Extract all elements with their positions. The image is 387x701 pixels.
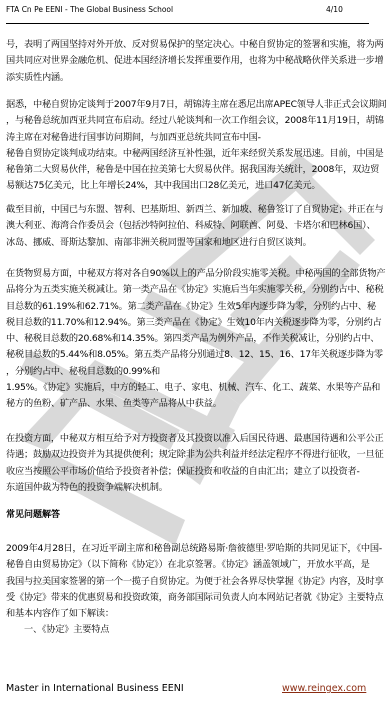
section-heading-faq: 常见问题解答 xyxy=(6,507,60,520)
text-line: 秘税目总数的5.44%和8.05%。第五类产品将分别通过8、12、15、16、1… xyxy=(6,347,381,363)
text-line: 澳大利亚、海湾合作委员会（包括沙特阿拉伯、科威特、阿联酋、阿曼、卡塔尔和巴林6国… xyxy=(6,218,381,234)
footer-website-link[interactable]: www.reingex.com xyxy=(282,683,366,694)
page-indicator: 4/10 xyxy=(326,5,343,14)
text-line: ，与秘鲁总统加西亚共同宣布启动。经过八轮谈判和一次工作组会议，2008年11月1… xyxy=(6,113,381,129)
text-line: 一、《协定》主要特点 xyxy=(6,622,381,638)
text-line: 秘鲁自贸协定谈判成功结束。中秘两国经济互补性强，近年来经贸关系发展迅速。目前，中… xyxy=(6,146,381,162)
text-line: 东道国仲裁为特色的投资争端解决机制。 xyxy=(6,480,381,496)
paragraph-negotiation: 据悉，中秘自贸协定谈判于2007年9月7日，胡锦涛主席在悉尼出席APEC领导人非… xyxy=(6,97,381,195)
text-line: 1.95%。《协定》实施后，中方的轻工、电子、家电、机械、汽车、化工、蔬菜、水果… xyxy=(6,380,381,396)
text-line: 受《协定》带来的优惠贸易和投资政策，商务部国际司负责人向本网站记者就《协定》主要… xyxy=(6,590,381,606)
text-line: 目总数的61.19%和62.71%。第二类产品在《协定》生效5年内逐步降为零，分… xyxy=(6,299,381,315)
text-line: 易额达75亿美元，比上年增长24%，其中我国出口28亿美元，进口47亿美元。 xyxy=(6,178,381,194)
text-line: 据悉，中秘自贸协定谈判于2007年9月7日，胡锦涛主席在悉尼出席APEC领导人非… xyxy=(6,97,381,113)
text-line: 收应当按照公平市场价值给予投资者补偿；保证投资和收益的自由汇出；建立了以投资者- xyxy=(6,464,381,480)
paragraph-investment: 在投资方面，中秘双方相互给予对方投资者及其投资以准入后国民待遇、最惠国待遇和公平… xyxy=(6,431,381,496)
text-line: 品将分为五类实施关税减让。第一类产品在《协定》实施后当年实施零关税，分别约占中、… xyxy=(6,282,381,298)
text-line: 和基本内容作了如下解读： xyxy=(6,606,381,622)
header-divider xyxy=(6,23,369,24)
text-line: 在投资方面，中秘双方相互给予对方投资者及其投资以准入后国民待遇、最惠国待遇和公平… xyxy=(6,431,381,447)
text-line: 添实质性内涵。 xyxy=(6,70,381,86)
text-line: 秘方的鱼粉、矿产品、水果、鱼类等产品将从中获益。 xyxy=(6,396,381,412)
text-line: 号，表明了两国坚持对外开放、反对贸易保护的坚定决心。中秘自贸协定的签署和实施，将… xyxy=(6,37,381,53)
header-title: FTA Cn Pe EENI - The Global Business Sch… xyxy=(6,5,173,14)
text-line: 冰岛、挪威、哥斯达黎加、南部非洲关税同盟等国家和地区进行自贸区谈判。 xyxy=(6,235,381,251)
text-line: 在货物贸易方面，中秘双方将对各自90%以上的产品分阶段实施零关税。中秘两国的全部… xyxy=(6,266,381,282)
footer-text: Master in International Business EENI xyxy=(6,683,184,694)
paragraph-intro: 号，表明了两国坚持对外开放、反对贸易保护的坚定决心。中秘自贸协定的签署和实施，将… xyxy=(6,37,381,86)
paragraph-signing: 2009年4月28日，在习近平副主席和秘鲁副总统路易斯·詹彼德里·罗哈斯的共同见… xyxy=(6,541,381,639)
text-line: 国共同应对世界金融危机、促进本国经济增长发挥重要作用，也将为中秘战略伙伴关系进一… xyxy=(6,53,381,69)
text-line: 中、秘税目总数的20.68%和14.35%。第四类产品为例外产品，不作关税减让，… xyxy=(6,331,381,347)
paragraph-goods-trade: 在货物贸易方面，中秘双方将对各自90%以上的产品分阶段实施零关税。中秘两国的全部… xyxy=(6,266,381,413)
text-line: 我国与拉美国家签署的第一个一揽子自贸协定。为便于社会各界尽快掌握《协定》内容，及… xyxy=(6,574,381,590)
text-line: 截至目前，中国已与东盟、智利、巴基斯坦、新西兰、新加坡、秘鲁签订了自贸协定；并正… xyxy=(6,202,381,218)
text-line: 秘鲁第二大贸易伙伴，秘鲁是中国在拉美第七大贸易伙伴。据我国海关统计，2008年，… xyxy=(6,162,381,178)
text-line: 2009年4月28日，在习近平副主席和秘鲁副总统路易斯·詹彼德里·罗哈斯的共同见… xyxy=(6,541,381,557)
text-line: ，分别约占中、秘税目总数的0.99%和 xyxy=(6,364,381,380)
paragraph-fta-status: 截至目前，中国已与东盟、智利、巴基斯坦、新西兰、新加坡、秘鲁签订了自贸协定；并正… xyxy=(6,202,381,251)
text-line: 秘鲁自由贸易协定》（以下简称《协定》）在北京签署。《协定》涵盖领域广，开放水平高… xyxy=(6,557,381,573)
text-line: 涛主席在对秘鲁进行国事访问期间，与加西亚总统共同宣布中国- xyxy=(6,130,381,146)
text-line: 待遇；鼓励双边投资并为其提供便利；规定除非为公共利益并经法定程序不得进行征收，一… xyxy=(6,447,381,463)
text-line: 税目总数的11.70%和12.94%。第三类产品在《协定》生效10年内关税逐步降… xyxy=(6,315,381,331)
